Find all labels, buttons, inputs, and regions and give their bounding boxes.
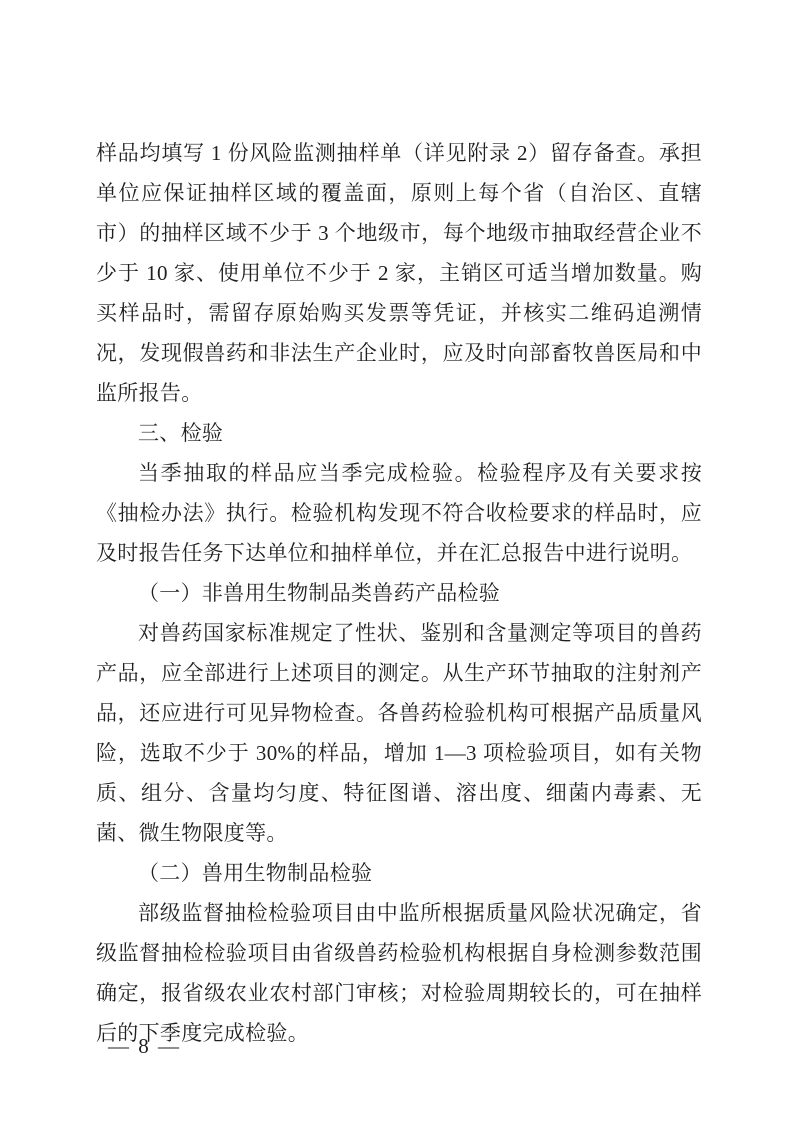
paragraph-inspection-general: 当季抽取的样品应当季完成检验。检验程序及有关要求按《抽检办法》执行。检验机构发现… xyxy=(96,453,702,573)
paragraph-non-biological-products: 对兽药国家标准规定了性状、鉴别和含量测定等项目的兽药产品，应全部进行上述项目的测… xyxy=(96,613,702,853)
document-body: 样品均填写 1 份风险监测抽样单（详见附录 2）留存备查。承担单位应保证抽样区域… xyxy=(96,133,702,1053)
paragraph-sampling-requirements: 样品均填写 1 份风险监测抽样单（详见附录 2）留存备查。承担单位应保证抽样区域… xyxy=(96,133,702,413)
page-number: — 8 — xyxy=(108,1032,181,1060)
section-heading-inspection: 三、检验 xyxy=(96,413,702,453)
paragraph-biological-products: 部级监督抽检检验项目由中监所根据质量风险状况确定，省级监督抽检检验项目由省级兽药… xyxy=(96,893,702,1053)
subsection-heading-biological-products: （二）兽用生物制品检验 xyxy=(96,853,702,893)
subsection-heading-non-biological-products: （一）非兽用生物制品类兽药产品检验 xyxy=(96,573,702,613)
document-page: 样品均填写 1 份风险监测抽样单（详见附录 2）留存备查。承担单位应保证抽样区域… xyxy=(0,0,794,1123)
